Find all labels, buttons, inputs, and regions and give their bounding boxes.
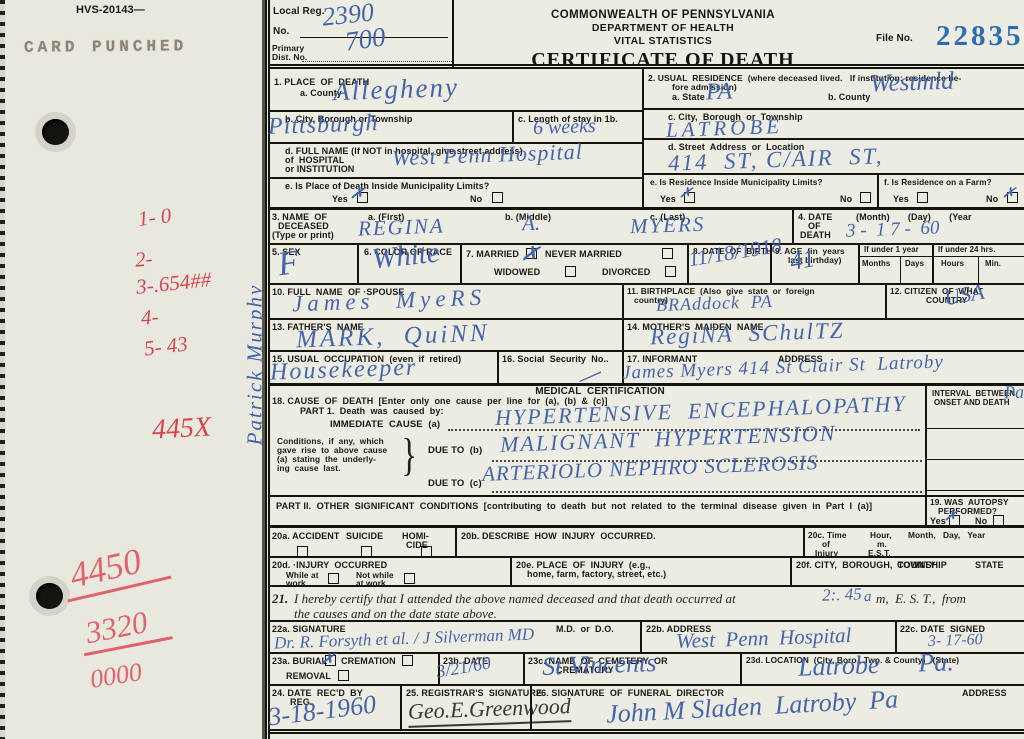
rule <box>357 243 359 283</box>
punch-hole-top <box>42 119 69 145</box>
s3-middle-value: A. <box>522 213 541 235</box>
s13-value: MARK, QuiNN <box>296 321 490 353</box>
s2b-value: Westmld <box>870 69 955 97</box>
rule <box>770 243 772 283</box>
rule <box>642 173 1024 175</box>
death-certificate-scan: HVS-20143— CARD PUNCHED 1- 0 2- 3-.654##… <box>0 0 1024 739</box>
s19-yes-mark: ✗ <box>943 508 959 526</box>
s7-married-mark: ✗ <box>520 242 541 266</box>
s9-days-label: Days <box>905 260 924 269</box>
s1c-value: 6 weeks <box>533 116 596 138</box>
s26-address-label: ADDRESS <box>962 688 1007 698</box>
commonwealth-line: COMMONWEALTH OF PENNSYLVANIA <box>458 9 868 21</box>
s7-never-label: NEVER MARRIED <box>545 249 622 259</box>
s7-divorced-checkbox <box>665 266 676 277</box>
rule <box>268 350 1024 352</box>
s23a-cremation-checkbox <box>402 655 413 666</box>
rule <box>622 283 624 318</box>
s25-registrar-signature: Geo.E.Greenwood <box>408 695 572 728</box>
rule <box>642 138 1024 140</box>
s23a-cremation-label: CREMATION <box>341 656 396 666</box>
s5-value: F <box>276 246 301 283</box>
s6-value: White <box>371 239 441 275</box>
red-note-4: 4- <box>140 306 159 328</box>
informant-spill-pa: Pa <box>1004 383 1024 402</box>
s23d-value: Latrobe Pa. <box>798 649 955 680</box>
punch-hole-bottom <box>36 583 63 609</box>
rule <box>877 173 879 207</box>
s9-under24-label: If under 24 hrs. <box>938 246 996 255</box>
rule <box>268 585 1024 587</box>
rule <box>640 620 642 652</box>
rule <box>803 527 805 556</box>
rule <box>268 620 1024 622</box>
s1e-yes-mark: ✗ <box>349 183 366 203</box>
s4-title3: DEATH <box>800 230 831 240</box>
rule <box>268 556 1024 558</box>
s1a-value: Allegheny <box>333 74 460 105</box>
s23a-removal-label: REMOVAL <box>286 671 331 681</box>
rule <box>268 207 1024 210</box>
perforated-edge <box>0 0 5 739</box>
s15-value: Housekeeper <box>270 355 418 384</box>
rule <box>460 243 462 283</box>
s1e-no-label: No <box>470 194 482 204</box>
s20d-label: 20d. ·INJURY OCCURRED <box>272 560 387 570</box>
interval-label2: ONSET AND DEATH <box>934 399 1010 408</box>
s18-due-c-label: DUE TO (c) <box>428 479 482 490</box>
s20a-accident-label: 20a. ACCIDENT <box>272 531 339 541</box>
rule <box>530 684 532 731</box>
card-stub: HVS-20143— CARD PUNCHED 1- 0 2- 3-.654##… <box>0 0 264 739</box>
s9-months-label: Months <box>862 260 890 269</box>
s2e-yes-label: Yes <box>660 194 676 204</box>
s2f-no-mark: ✗ <box>1001 185 1017 203</box>
rule <box>925 428 1024 429</box>
rule <box>858 256 1024 257</box>
red-tally-3: 0000 <box>88 659 143 693</box>
red-note-3: 3-.654## <box>135 269 212 298</box>
s21-number: 21. <box>272 591 288 607</box>
s20d-atwork-label: at work <box>356 579 386 588</box>
s18-immediate-cause-label: IMMEDIATE CAUSE (a) <box>330 420 440 431</box>
s18-due-b-label: DUE TO (b) <box>428 446 482 457</box>
file-no-stamp: 22835 <box>936 20 1024 52</box>
s1e-label: e. Is Place of Death Inside Municipality… <box>285 181 489 191</box>
s7-divorced-label: DIVORCED <box>602 267 650 277</box>
rule <box>268 684 1024 686</box>
red-tally-2: 3320 <box>77 602 173 656</box>
s11-value: BRAddock PA <box>656 292 773 314</box>
file-no-label: File No. <box>876 33 913 44</box>
s2e-label: e. Is Residence Inside Municipality Limi… <box>650 178 823 187</box>
s23a-burial-mark: ✗ <box>319 649 336 669</box>
s23a-removal-checkbox <box>338 670 349 681</box>
red-note-1: 1- 0 <box>137 205 173 230</box>
s21-time-value: 2:. 45 <box>822 585 862 603</box>
stub-form-number: HVS-20143— <box>76 4 145 16</box>
red-note-2: 2- <box>134 248 153 270</box>
rule <box>932 243 934 283</box>
vital-statistics-line: VITAL STATISTICS <box>458 35 868 47</box>
local-reg-label: Local Reg. <box>273 6 325 17</box>
rule <box>925 495 927 525</box>
s20d-work-label: work <box>286 579 306 588</box>
rule <box>400 684 402 731</box>
s18-part1-label: PART 1. Death was caused by: <box>300 406 444 416</box>
s7-widowed-checkbox <box>565 266 576 277</box>
s2b-label: b. County <box>828 92 870 102</box>
rule <box>510 556 512 585</box>
s2f-yes-checkbox <box>917 192 928 203</box>
rule <box>268 495 1024 497</box>
s20b-label: 20b. DESCRIBE HOW INJURY OCCURRED. <box>461 531 656 541</box>
s20a-suicide-label: SUICIDE <box>346 531 383 541</box>
rule <box>900 256 901 283</box>
red-note-5: 5- 43 <box>143 333 189 359</box>
s21-am-value: a <box>864 590 872 605</box>
red-code: 445X <box>151 413 211 444</box>
s20f-state-label: STATE <box>975 560 1004 570</box>
bottom-rule <box>268 729 1024 734</box>
s21-text1: I hereby certify that I attended the abo… <box>294 591 736 607</box>
s3-last-value: MYERS <box>630 214 706 238</box>
rule <box>895 620 897 652</box>
s2e-no-label: No <box>840 194 852 204</box>
part2-label: PART II. OTHER SIGNIFICANT CONDITIONS [c… <box>276 501 872 511</box>
rule <box>858 243 860 283</box>
s7-widowed-label: WIDOWED <box>494 267 540 277</box>
rule <box>925 490 1024 491</box>
s7-married-label: 7. MARRIED <box>466 249 519 259</box>
rule <box>268 525 1024 528</box>
s7-never-checkbox <box>662 248 673 259</box>
s2e-no-checkbox <box>860 192 871 203</box>
rule <box>925 385 927 495</box>
rule <box>740 652 742 684</box>
primary-dist-line <box>302 60 452 62</box>
s2a-label: a. State <box>672 92 705 102</box>
rule <box>925 459 1024 460</box>
s2f-no-label: No <box>986 194 998 204</box>
header-center-block: COMMONWEALTH OF PENNSYLVANIA DEPARTMENT … <box>458 9 868 72</box>
s21-post: m, E. S. T., from <box>876 591 966 607</box>
conditions-brace: } <box>401 428 416 481</box>
cause-c-line <box>492 490 922 493</box>
s20d-notwhile-checkbox <box>404 573 415 584</box>
s20d-whileat-checkbox <box>328 573 339 584</box>
rule <box>622 318 624 350</box>
s2e-yes-mark: ✗ <box>678 185 694 203</box>
rule <box>268 177 642 179</box>
rule <box>885 283 887 318</box>
s23c-value: St Vincents <box>542 650 657 680</box>
rule <box>455 527 457 556</box>
header-divider <box>452 0 454 67</box>
s1d-label3: or INSTITUTION <box>285 164 354 174</box>
s1e-no-checkbox <box>492 192 503 203</box>
s9-value: 41 <box>788 246 817 275</box>
s20f-county-label: COUNTY <box>897 560 936 570</box>
s18-cond4: ing cause last. <box>277 464 341 473</box>
s4-value: 3 - 1 7 - 60 <box>846 218 940 240</box>
s2a-value: PA <box>706 80 733 105</box>
s3-first-value: REGINA <box>358 215 445 239</box>
department-line: DEPARTMENT OF HEALTH <box>458 22 868 34</box>
s1e-yes-label: Yes <box>332 194 348 204</box>
s20e-label2: home, farm, factory, street, etc.) <box>527 569 666 579</box>
s3-title3: (Type or print) <box>272 230 334 240</box>
s22a-md-label: M.D. or D.O. <box>556 624 614 634</box>
s9-hours-label: Hours <box>941 260 964 269</box>
s1b-value: Pittsburgh <box>268 111 379 139</box>
red-tally-1: 4450 <box>59 537 172 603</box>
s2f-yes-label: Yes <box>893 194 909 204</box>
s9-min-label: Min. <box>985 260 1001 269</box>
rule <box>268 283 1024 285</box>
s2f-label: f. Is Residence on a Farm? <box>884 178 992 187</box>
rule <box>512 110 514 142</box>
rule <box>497 350 499 383</box>
card-punched-stamp: CARD PUNCHED <box>24 37 187 56</box>
rule <box>642 108 1024 110</box>
rule <box>792 209 794 243</box>
s20c-mdy-label: Month, Day, Year <box>908 531 985 540</box>
rule <box>268 318 1024 320</box>
rule <box>523 652 525 684</box>
primary-dist-value: 700 <box>343 23 387 55</box>
local-reg-no-label: No. <box>273 26 289 37</box>
s9-under1-label: If under 1 year <box>864 246 919 255</box>
rule <box>790 556 792 585</box>
